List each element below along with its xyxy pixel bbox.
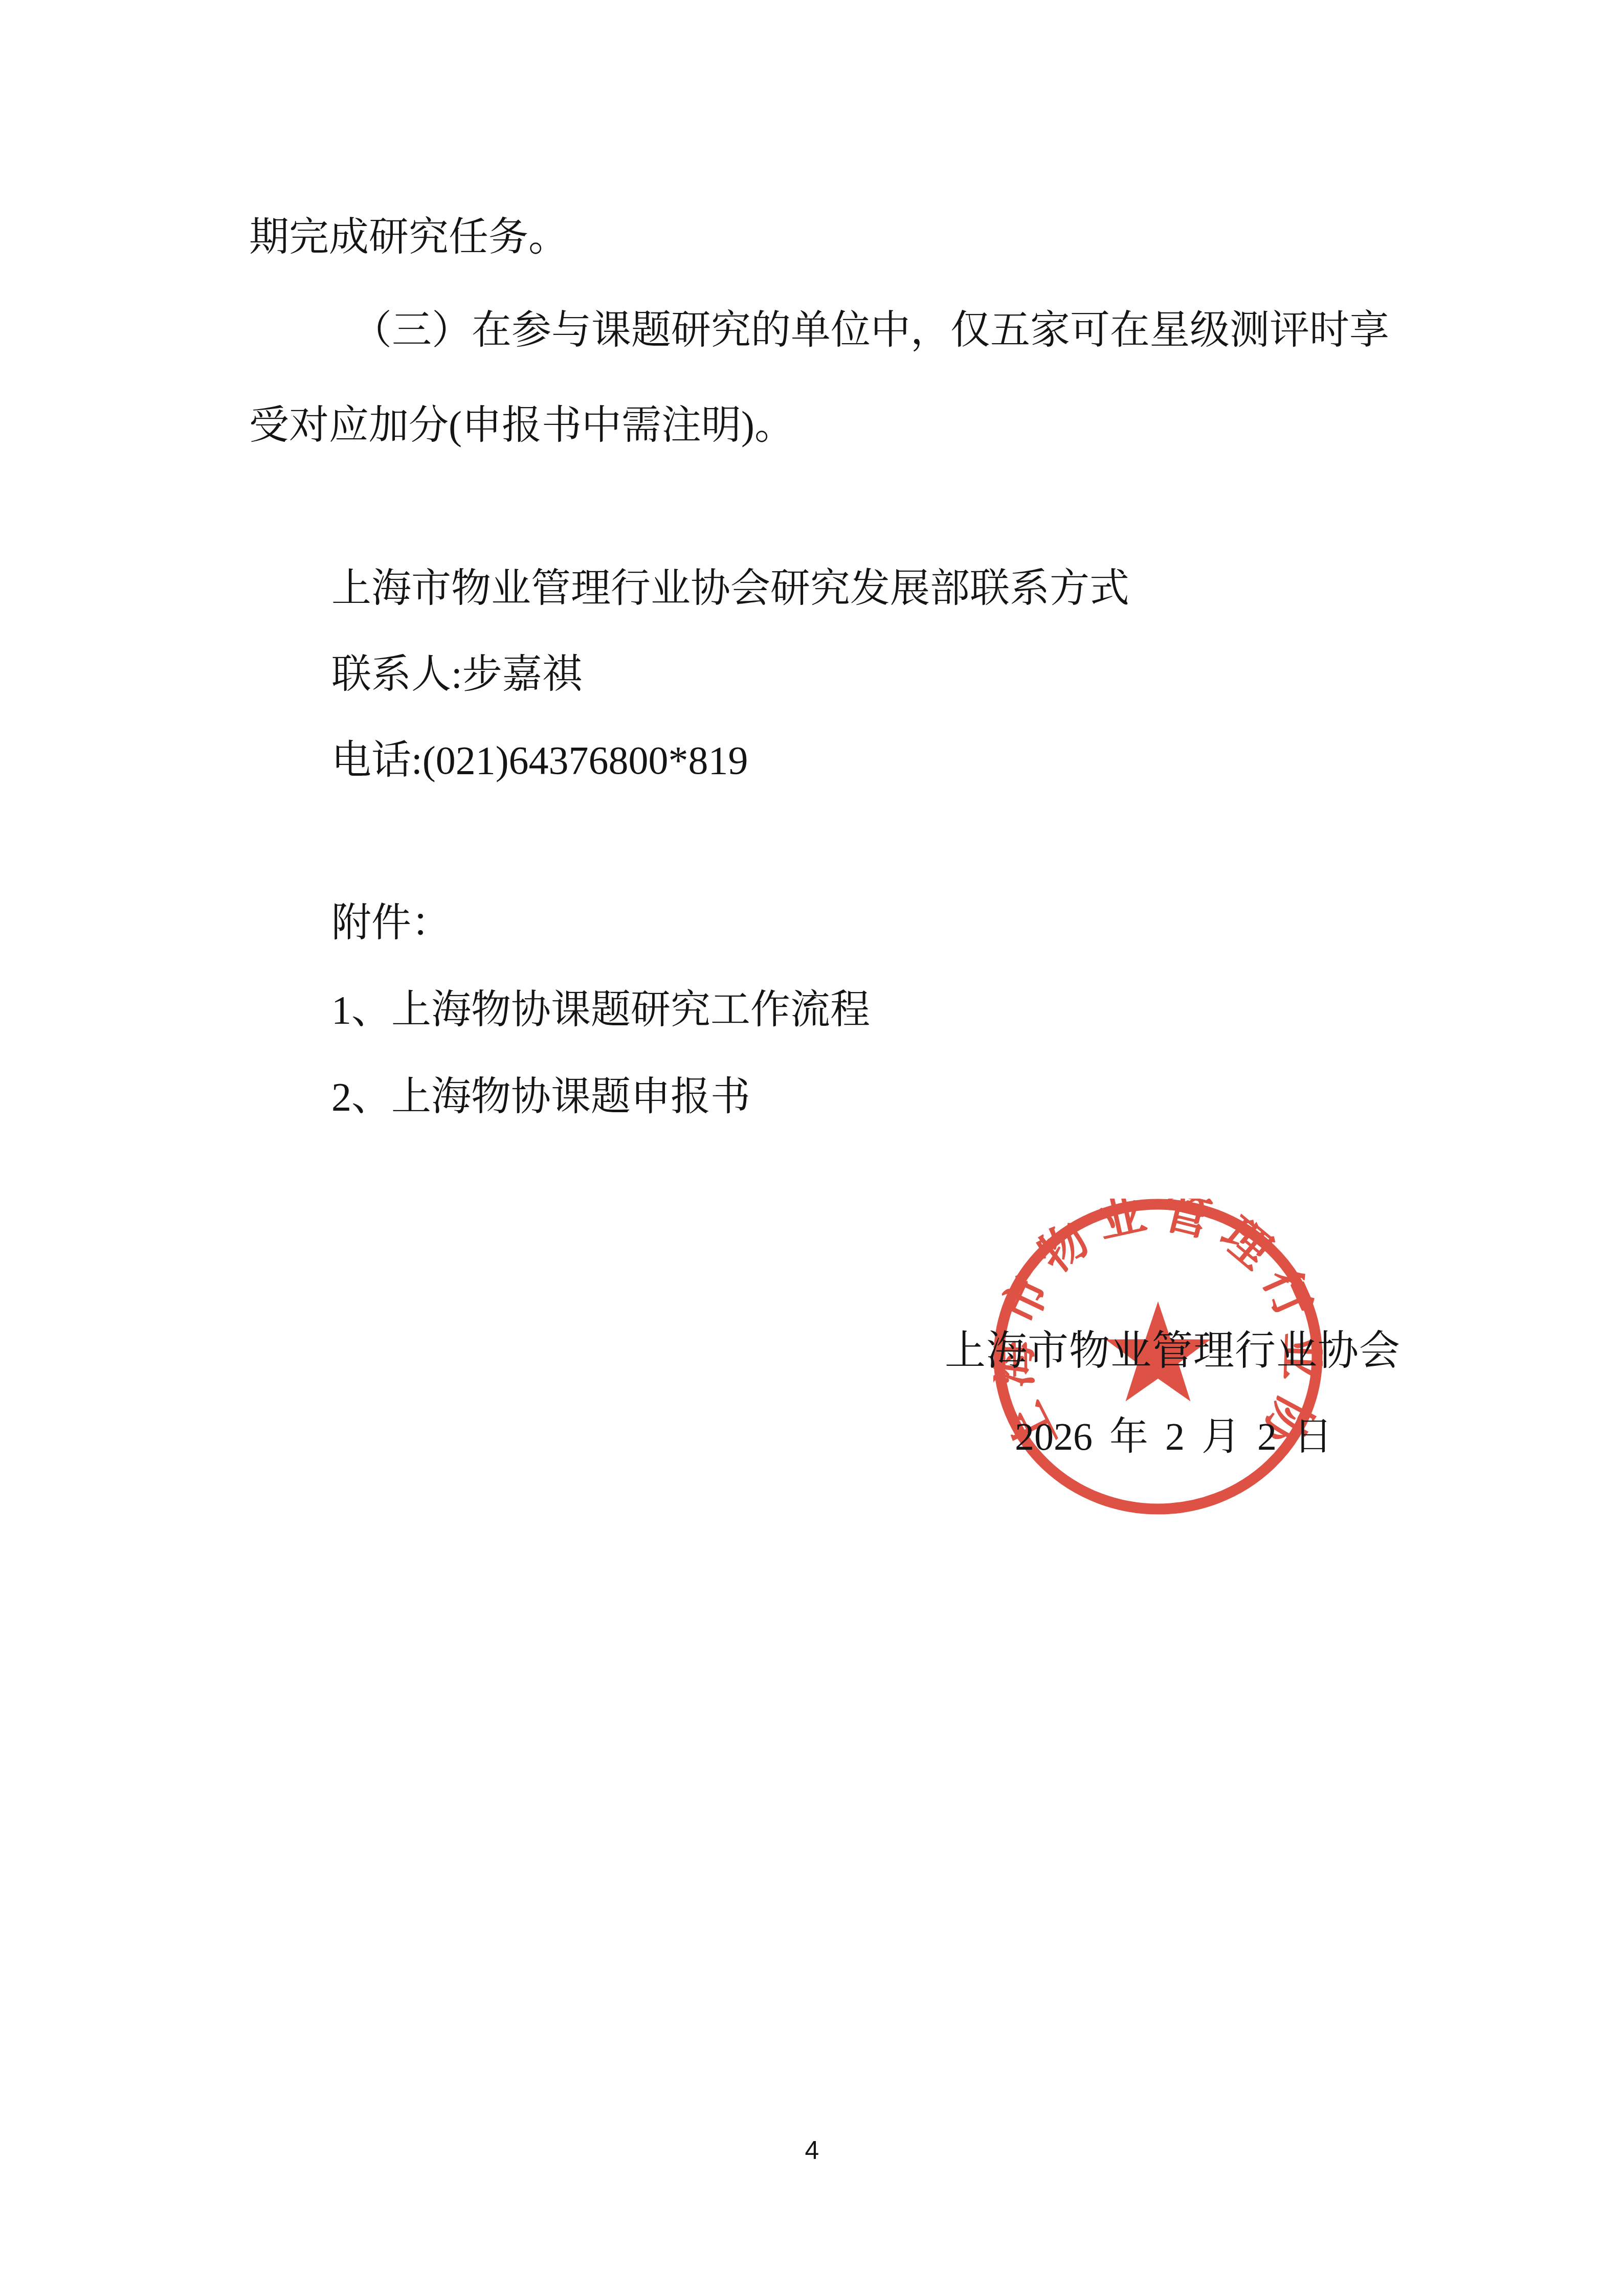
attachment-item-1: 1、上海物协课题研究工作流程 <box>331 990 870 1030</box>
body-paragraph2-line2: 受对应加分(申报书中需注明)。 <box>249 406 794 445</box>
attachment-item-2: 2、上海物协课题申报书 <box>331 1077 750 1117</box>
contact-person: 联系人:步嘉祺 <box>331 655 582 694</box>
body-paragraph2-line1: （三）在参与课题研究的单位中，仅五家可在星级测评时享 <box>352 310 1389 350</box>
body-paragraph1-line1: 期完成研究任务。 <box>249 217 568 257</box>
signature-organization: 上海市物业管理行业协会 <box>945 1331 1400 1371</box>
page-number: 4 <box>0 2135 1624 2165</box>
contact-phone: 电话:(021)64376800*819 <box>331 740 748 780</box>
document-page: 期完成研究任务。 （三）在参与课题研究的单位中，仅五家可在星级测评时享 受对应加… <box>0 0 1624 2296</box>
signature-date: 2026 年 2 月 2 日 <box>1015 1417 1332 1456</box>
attachments-label: 附件： <box>331 903 451 943</box>
contact-heading: 上海市物业管理行业协会研究发展部联系方式 <box>331 569 1129 609</box>
